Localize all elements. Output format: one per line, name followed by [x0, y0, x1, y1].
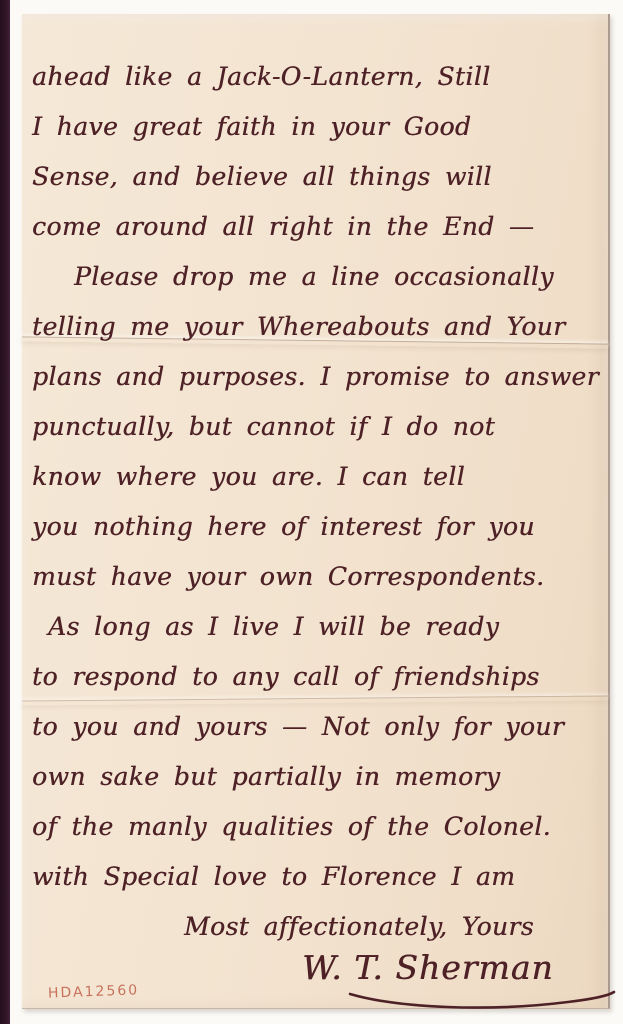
letter-page: ahead like a Jack-O-Lantern, Still I hav… [22, 14, 610, 1009]
letter-line: with Special love to Florence I am [32, 852, 602, 902]
signature-flourish-stroke [348, 986, 616, 1012]
letter-line: punctually, but cannot if I do not [32, 402, 602, 452]
letter-line: to you and yours — Not only for your [32, 702, 602, 752]
catalog-number: HDA12560 [48, 982, 140, 1001]
letter-closing-line: Most affectionately, Yours [32, 902, 602, 952]
letter-line: plans and purposes. I promise to answer [32, 352, 602, 402]
letter-line: to respond to any call of friendships [32, 652, 602, 702]
letter-line: of the manly qualities of the Colonel. [32, 802, 602, 852]
scanner-edge-strip [0, 0, 10, 1024]
letter-line: I have great faith in your Good [32, 102, 602, 152]
letter-line: come around all right in the End — [32, 202, 602, 252]
letter-line: telling me your Whereabouts and Your [32, 302, 602, 352]
letter-line: Please drop me a line occasionally [32, 252, 602, 302]
signature-block: W. T. Sherman [302, 948, 554, 987]
letter-line: know where you are. I can tell [32, 452, 602, 502]
letter-body: ahead like a Jack-O-Lantern, Still I hav… [32, 52, 602, 952]
letter-line: you nothing here of interest for you [32, 502, 602, 552]
letter-line: As long as I live I will be ready [32, 602, 602, 652]
letter-line: own sake but partially in memory [32, 752, 602, 802]
letter-line: Sense, and believe all things will [32, 152, 602, 202]
signature: W. T. Sherman [302, 948, 554, 987]
letter-line: ahead like a Jack-O-Lantern, Still [32, 52, 602, 102]
scanned-letter: ahead like a Jack-O-Lantern, Still I hav… [0, 0, 623, 1024]
letter-line: must have your own Correspondents. [32, 552, 602, 602]
